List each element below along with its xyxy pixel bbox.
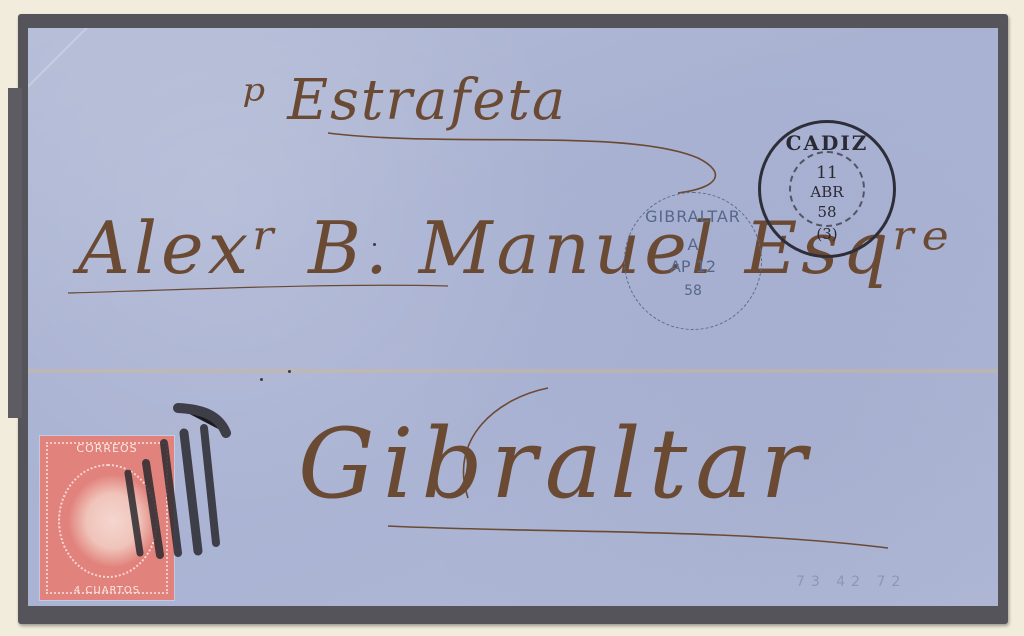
- mount-corner-left: [8, 88, 22, 418]
- gibraltar-postmark-code: A: [625, 235, 761, 254]
- letter-cover: ᵖ Estrafeta Alexʳ B. Manuel Esqʳᵉ Gibral…: [28, 28, 998, 606]
- gibraltar-postmark-year: 58: [625, 283, 761, 299]
- cadiz-postmark-day: 11: [761, 163, 893, 183]
- cadiz-postmark-number: (3): [761, 225, 893, 243]
- pencil-annotation: 73 42 72: [796, 574, 906, 590]
- cadiz-postmark: CADIZ 11 ABR 58 (3): [758, 120, 896, 258]
- cadiz-postmark-year: 58: [761, 203, 893, 221]
- stamp-value-text: 4 CUARTOS: [40, 585, 174, 596]
- cadiz-postmark-month: ABR: [761, 183, 893, 201]
- gibraltar-postmark-town: GIBRALTAR: [625, 207, 761, 226]
- forwarder-inscription: ᵖ Estrafeta: [243, 68, 567, 133]
- gibraltar-postmark-date: AP 12: [625, 257, 761, 276]
- grill-cancellation: [118, 403, 238, 563]
- gibraltar-postmark: GIBRALTAR A AP 12 58: [624, 192, 762, 330]
- destination-city: Gibraltar: [298, 408, 814, 520]
- cadiz-postmark-town: CADIZ: [761, 131, 893, 155]
